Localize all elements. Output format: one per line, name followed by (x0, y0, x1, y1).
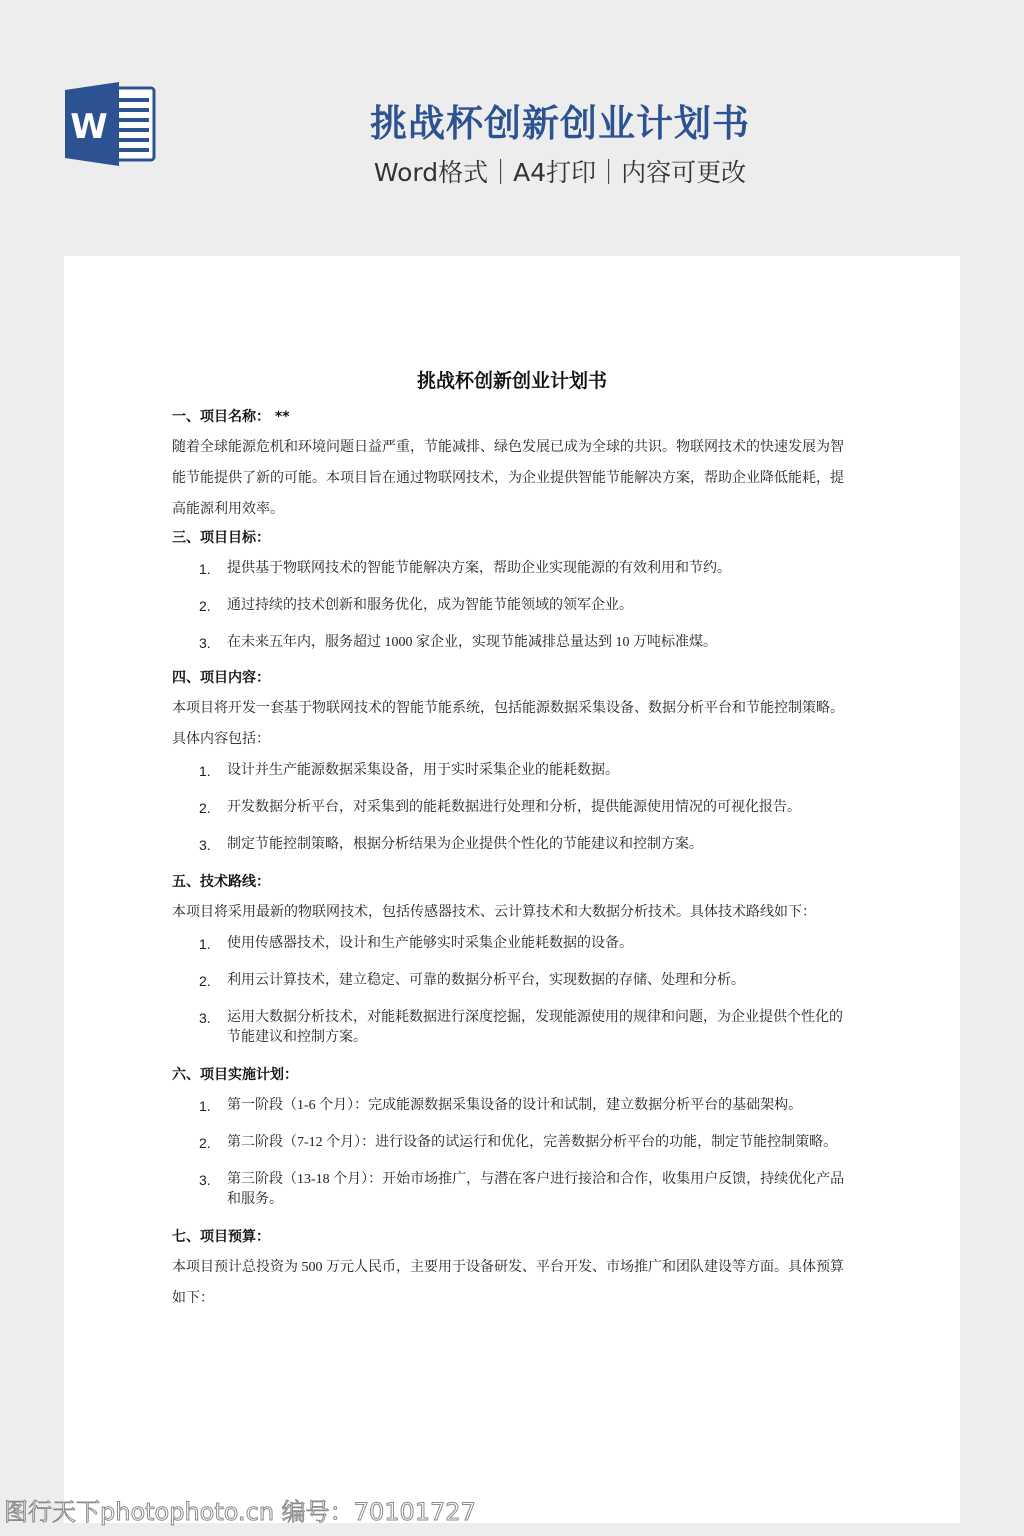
watermark-text: 图行天下photophoto.cn 编号：70101727 (4, 1492, 476, 1527)
list-item: 1.使用传感器技术，设计和生产能够实时采集企业能耗数据的设备。 (172, 934, 852, 954)
list-item: 3.在未来五年内，服务超过 1000 家企业，实现节能减排总量达到 10 万吨标… (172, 633, 852, 653)
section-paragraph: 本项目将采用最新的物联网技术，包括传感器技术、云计算技术和大数据分析技术。具体技… (172, 897, 852, 928)
document-page: 挑战杯创新创业计划书 一、项目名称： ** 随着全球能源危机和环境问题日益严重，… (64, 256, 960, 1523)
section-project-content: 四、项目内容： 本项目将开发一套基于物联网技术的智能节能系统，包括能源数据采集设… (172, 667, 852, 855)
section-project-goals: 三、项目目标： 1.提供基于物联网技术的智能节能解决方案，帮助企业实现能源的有效… (172, 527, 852, 653)
section-heading: 五、技术路线： (172, 871, 852, 893)
list-item: 2.利用云计算技术，建立稳定、可靠的数据分析平台，实现数据的存储、处理和分析。 (172, 971, 852, 991)
goals-list: 1.提供基于物联网技术的智能节能解决方案，帮助企业实现能源的有效利用和节约。 2… (172, 559, 852, 653)
list-item: 2.第二阶段（7-12 个月）：进行设备的试运行和优化，完善数据分析平台的功能，… (172, 1133, 852, 1153)
content-list: 1.设计并生产能源数据采集设备，用于实时采集企业的能耗数据。 2.开发数据分析平… (172, 761, 852, 855)
document-title: 挑战杯创新创业计划书 (64, 366, 960, 393)
banner-title: 挑战杯创新创业计划书 (300, 93, 820, 147)
section-paragraph: 本项目将开发一套基于物联网技术的智能节能系统，包括能源数据采集设备、数据分析平台… (172, 693, 852, 755)
list-item: 3.运用大数据分析技术，对能耗数据进行深度挖掘，发现能源使用的规律和问题，为企业… (172, 1008, 852, 1048)
section-heading: 六、项目实施计划： (172, 1064, 852, 1086)
section-project-budget: 七、项目预算： 本项目预计总投资为 500 万元人民币，主要用于设备研发、平台开… (172, 1226, 852, 1314)
section-heading: 三、项目目标： (172, 527, 852, 549)
implementation-plan-list: 1.第一阶段（1-6 个月）：完成能源数据采集设备的设计和试制，建立数据分析平台… (172, 1096, 852, 1210)
section-heading: 七、项目预算： (172, 1226, 852, 1248)
section-technical-route: 五、技术路线： 本项目将采用最新的物联网技术，包括传感器技术、云计算技术和大数据… (172, 871, 852, 1048)
word-document-icon: W (65, 82, 157, 166)
section-paragraph: 随着全球能源危机和环境问题日益严重，节能减排、绿色发展已成为全球的共识。物联网技… (172, 432, 852, 525)
section-implementation-plan: 六、项目实施计划： 1.第一阶段（1-6 个月）：完成能源数据采集设备的设计和试… (172, 1064, 852, 1210)
document-body: 一、项目名称： ** 随着全球能源危机和环境问题日益严重，节能减排、绿色发展已成… (172, 404, 852, 1314)
list-item: 2.通过持续的技术创新和服务优化，成为智能节能领域的领军企业。 (172, 596, 852, 616)
section-heading: 一、项目名称： ** (172, 406, 852, 428)
list-item: 1.第一阶段（1-6 个月）：完成能源数据采集设备的设计和试制，建立数据分析平台… (172, 1096, 852, 1116)
section-heading: 四、项目内容： (172, 667, 852, 689)
section-paragraph: 本项目预计总投资为 500 万元人民币，主要用于设备研发、平台开发、市场推广和团… (172, 1252, 852, 1314)
banner-subtitle: Word格式｜A4打印｜内容可更改 (300, 153, 820, 189)
list-item: 3.制定节能控制策略，根据分析结果为企业提供个性化的节能建议和控制方案。 (172, 835, 852, 855)
list-item: 1.设计并生产能源数据采集设备，用于实时采集企业的能耗数据。 (172, 761, 852, 781)
word-icon-letter: W (70, 107, 108, 147)
banner: W 挑战杯创新创业计划书 Word格式｜A4打印｜内容可更改 (0, 0, 1024, 256)
technical-route-list: 1.使用传感器技术，设计和生产能够实时采集企业能耗数据的设备。 2.利用云计算技… (172, 934, 852, 1048)
list-item: 2.开发数据分析平台，对采集到的能耗数据进行处理和分析，提供能源使用情况的可视化… (172, 798, 852, 818)
list-item: 3.第三阶段（13-18 个月）：开始市场推广，与潜在客户进行接洽和合作，收集用… (172, 1170, 852, 1210)
list-item: 1.提供基于物联网技术的智能节能解决方案，帮助企业实现能源的有效利用和节约。 (172, 559, 852, 579)
section-project-name: 一、项目名称： ** 随着全球能源危机和环境问题日益严重，节能减排、绿色发展已成… (172, 406, 852, 525)
